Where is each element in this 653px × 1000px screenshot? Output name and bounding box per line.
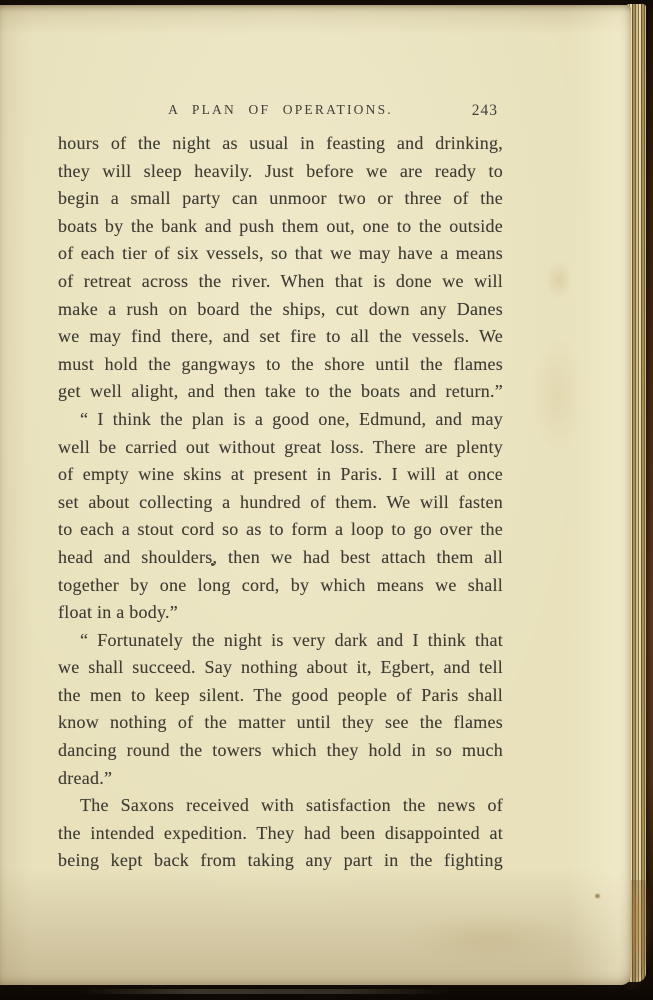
text-line: of empty wine skins at present in Paris.… bbox=[58, 461, 503, 489]
page-header: A PLAN OF OPERATIONS. 243 bbox=[58, 102, 503, 124]
text-line: the men to keep silent. The good people … bbox=[58, 682, 503, 710]
text-line: they will sleep heavily. Just before we … bbox=[58, 158, 503, 186]
text-line: boats by the bank and push them out, one… bbox=[58, 213, 503, 241]
text-line: of each tier of six vessels, so that we … bbox=[58, 240, 503, 268]
text-line: “ Fortunately the night is very dark and… bbox=[58, 627, 503, 655]
text-line: of retreat across the river. When that i… bbox=[58, 268, 503, 296]
paper-speck bbox=[594, 893, 601, 899]
paper-stain bbox=[400, 910, 580, 965]
text-line: set about collecting a hundred of them. … bbox=[58, 489, 503, 517]
page-number: 243 bbox=[472, 102, 498, 120]
text-line: The Saxons received with satisfaction th… bbox=[58, 792, 503, 820]
paper-stain bbox=[530, 335, 585, 455]
text-line: must hold the gangways to the shore unti… bbox=[58, 351, 503, 379]
book-scan: A PLAN OF OPERATIONS. 243 hours of the n… bbox=[0, 0, 653, 1000]
book-page: A PLAN OF OPERATIONS. 243 hours of the n… bbox=[0, 5, 631, 985]
text-line: the intended expedition. They had been d… bbox=[58, 820, 503, 848]
text-line: to each a stout cord so as to form a loo… bbox=[58, 516, 503, 544]
text-line: know nothing of the matter until they se… bbox=[58, 709, 503, 737]
text-line: together by one long cord, by which mean… bbox=[58, 572, 503, 600]
text-line: “ I think the plan is a good one, Edmund… bbox=[58, 406, 503, 434]
text-line: begin a small party can unmoor two or th… bbox=[58, 185, 503, 213]
text-line: we shall succeed. Say nothing about it, … bbox=[58, 654, 503, 682]
text-line: head and shoulders, then we had best att… bbox=[58, 544, 503, 572]
text-line: we may find there, and set fire to all t… bbox=[58, 323, 503, 351]
text-line: float in a body.” bbox=[58, 599, 503, 627]
page-body: hours of the night as usual in feasting … bbox=[58, 130, 503, 875]
text-line: make a rush on board the ships, cut down… bbox=[58, 296, 503, 324]
text-line: get well alight, and then take to the bo… bbox=[58, 378, 503, 406]
running-title: A PLAN OF OPERATIONS. bbox=[58, 102, 503, 118]
paper-stain bbox=[545, 260, 573, 300]
text-line: dread.” bbox=[58, 765, 503, 793]
text-line: well be carried out without great loss. … bbox=[58, 434, 503, 462]
text-line: being kept back from taking any part in … bbox=[58, 847, 503, 875]
text-line: dancing round the towers which they hold… bbox=[58, 737, 503, 765]
text-line: hours of the night as usual in feasting … bbox=[58, 130, 503, 158]
scan-edge-bottom-streak bbox=[80, 989, 450, 994]
